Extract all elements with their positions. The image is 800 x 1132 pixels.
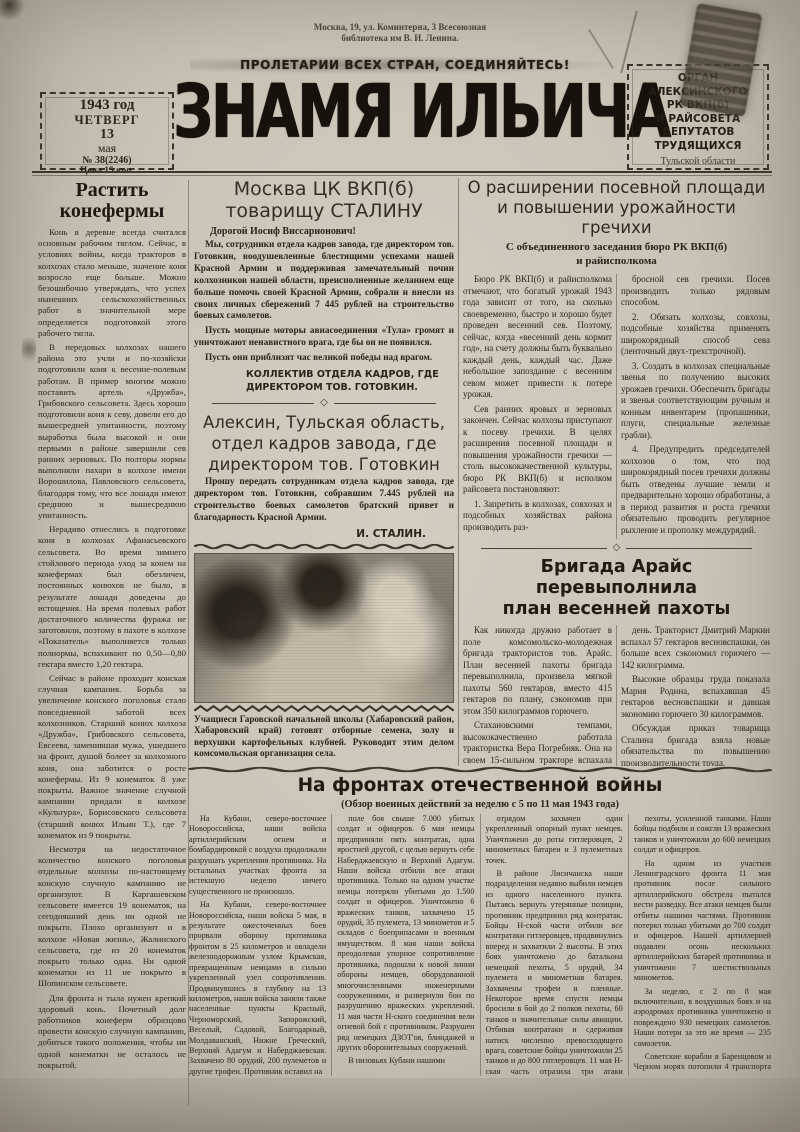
diamond-ornament: ◇ xyxy=(607,543,627,553)
arais-title: Бригада Арайс перевыполнила план весенне… xyxy=(463,557,770,620)
paragraph: бросной сев гречихи. Посев производить т… xyxy=(621,274,770,309)
issue-month: мая xyxy=(42,142,172,155)
schoolchildren-photo xyxy=(194,553,454,703)
paragraph: Пусть они приблизят час великой победы н… xyxy=(194,353,454,365)
paragraph: В низовьях Кубани нашими xyxy=(337,1056,474,1066)
paragraph: пехоты, усиленной танками. Наши бойцы по… xyxy=(634,814,771,856)
organ-line: ДЕПУТАТОВ xyxy=(629,126,767,140)
column-divider xyxy=(628,814,629,1076)
headline-line: и повышении урожайности гречихи xyxy=(463,198,770,238)
ornament-line xyxy=(626,548,752,549)
paragraph: 4. Предупредить председателей колхозов о… xyxy=(621,444,770,536)
reply-body: Прошу передать сотрудникам отдела кадров… xyxy=(194,477,454,525)
paragraph: 1. Запретить в колхозах, совхозах и подс… xyxy=(463,499,612,534)
zigzag-divider xyxy=(194,705,454,712)
column-divider xyxy=(480,814,481,1076)
reply-heading: Алексин, Тульская область, отдел кадров … xyxy=(194,412,454,475)
letter-signature: КОЛЛЕКТИВ ОТДЕЛА КАДРОВ, ГДЕ ДИРЕКТОРОМ … xyxy=(246,369,454,394)
letter-body: Дорогой Иосиф Виссарионович! Мы, сотрудн… xyxy=(194,225,454,365)
text-column: Бюро РК ВКП(б) и райисполкома отмечают, … xyxy=(463,274,612,539)
diamond-ornament: ◇ xyxy=(314,398,334,408)
text-column: Как никогда дружно работает в поле комсо… xyxy=(463,625,612,766)
arais-columns: Как никогда дружно работает в поле комсо… xyxy=(463,625,770,766)
paragraph: Сев ранних яровых и зерновых закончен. С… xyxy=(463,404,612,496)
column-divider xyxy=(458,178,459,766)
paragraph: 2. Обязать колхозы, совхозы, подсобные х… xyxy=(621,312,770,358)
signature-line: ДИРЕКТОРОМ ТОВ. ГОТОВКИН. xyxy=(246,382,454,395)
address-line: библиотека им В. И. Ленина. xyxy=(205,33,595,44)
text-column: На Кубани, северо-восточнее Новороссийск… xyxy=(188,814,327,1076)
article-konefermy: Растить конефермы Конь в деревне всегда … xyxy=(38,180,186,1108)
subtitle-line: и райисполкома xyxy=(463,255,770,269)
paragraph: На одном из участков Ленинградского фрон… xyxy=(634,859,771,984)
letter-title: Москва ЦК ВКП(б) товарищу СТАЛИНУ xyxy=(194,178,454,222)
ornament-line xyxy=(481,548,607,549)
section-ornament: ◇ xyxy=(212,398,436,408)
paragraph: Обсуждая приказ товарища Сталина бригада… xyxy=(621,723,770,766)
paragraph: Конь в деревне всегда считался основным … xyxy=(38,227,186,339)
front-subtitle: (Обзор военных действий за неделю с 5 по… xyxy=(188,798,772,811)
paragraph: Советские корабли в Баренцовом и Черном … xyxy=(634,1052,771,1076)
section-ornament: ◇ xyxy=(481,543,752,553)
organ-region: Тульской области xyxy=(629,155,767,169)
reply-heading-line: директором тов. Готовкин xyxy=(194,454,454,475)
text-column: пехоты, усиленной танками. Наши бойцы по… xyxy=(633,814,772,1076)
library-address: Москва, 19, ул. Коминтерна, 3 Всесоюзная… xyxy=(205,22,595,44)
letter-title-line: Москва ЦК ВКП(б) xyxy=(194,178,454,200)
organ-line: И РАЙСОВЕТА xyxy=(629,113,767,127)
photo-caption: Учащиеся Гаровской начальной школы (Хаба… xyxy=(194,714,454,760)
paragraph: Несмотря на недостаточное количество кон… xyxy=(38,844,186,990)
headline-line: О расширении посевной площади xyxy=(463,178,770,198)
paragraph: отрядом захвачен один укрепленный опорны… xyxy=(486,814,623,866)
paragraph: поле боя свыше 7.000 убитых солдат и офи… xyxy=(337,814,474,1053)
issue-year: 1943 год xyxy=(42,97,172,113)
signature-line: КОЛЛЕКТИВ ОТДЕЛА КАДРОВ, ГДЕ xyxy=(246,369,454,382)
paragraph: В передовых колхозах нашего района это у… xyxy=(38,342,186,521)
front-news-section: На фронтах отечественной войны (Обзор во… xyxy=(188,766,772,1082)
paragraph: На Кубани, северо-восточнее Новороссийск… xyxy=(189,814,326,897)
article-title: Растить конефермы xyxy=(38,180,186,222)
issue-info-box: 1943 год ЧЕТВЕРГ 13 мая № 38(2246) Цена … xyxy=(40,92,174,170)
issue-weekday: ЧЕТВЕРГ xyxy=(42,113,172,127)
organ-line: ТРУДЯЩИХСЯ xyxy=(629,140,767,154)
wavy-divider xyxy=(194,543,454,550)
issue-day: 13 xyxy=(42,127,172,142)
paragraph: Нерадиво отнеслись к подготовке коня в к… xyxy=(38,524,186,670)
headline-line: план весенней пахоты xyxy=(463,599,770,620)
grechikha-title: О расширении посевной площади и повышени… xyxy=(463,178,770,238)
reply-signature: И. СТАЛИН. xyxy=(194,528,454,540)
paragraph: Пусть мощные моторы авиасоединения «Тула… xyxy=(194,326,454,350)
text-column: бросной сев гречихи. Посев производить т… xyxy=(621,274,770,539)
issue-number: № 38(2246) xyxy=(42,155,172,166)
paragraph: Для фронта и тыла нужен крепкий здоровый… xyxy=(38,993,186,1071)
paragraph: В районе Лисичанска наши подразделения н… xyxy=(486,869,623,1076)
column-divider xyxy=(331,814,332,1076)
text-column: день. Тракторист Дмитрий Маркин вспахал … xyxy=(621,625,770,766)
scan-smudge xyxy=(22,332,36,366)
grechikha-subtitle: С объединенного заседания бюро РК ВКП(б)… xyxy=(463,241,770,268)
paragraph: Стахановскими темпами, высококачественно… xyxy=(463,720,612,766)
front-title: На фронтах отечественной войны xyxy=(188,775,772,797)
right-column: О расширении посевной площади и повышени… xyxy=(463,178,770,766)
address-line: Москва, 19, ул. Коминтерна, 3 Всесоюзная xyxy=(205,22,595,33)
ornament-line xyxy=(334,403,436,404)
wavy-divider xyxy=(188,766,772,773)
paragraph: Высокие образцы труда показала Мария Род… xyxy=(621,674,770,720)
letter-title-line: товарищу СТАЛИНУ xyxy=(194,200,454,222)
reply-heading-line: Алексин, Тульская область, xyxy=(194,412,454,433)
text-column: поле боя свыше 7.000 убитых солдат и офи… xyxy=(336,814,475,1076)
paragraph: За неделю, с 2 по 8 мая включительно, в … xyxy=(634,987,771,1049)
subtitle-line: С объединенного заседания бюро РК ВКП(б) xyxy=(463,241,770,255)
ornament-line xyxy=(212,403,314,404)
paragraph: Как никогда дружно работает в поле комсо… xyxy=(463,625,612,717)
reply-heading-line: отдел кадров завода, где xyxy=(194,433,454,454)
text-column: отрядом захвачен один укрепленный опорны… xyxy=(485,814,624,1076)
paragraph: Мы, сотрудники отдела кадров завода, где… xyxy=(194,240,454,323)
salutation: Дорогой Иосиф Виссарионович! xyxy=(194,225,454,238)
headline-line: Бригада Арайс перевыполнила xyxy=(463,557,770,599)
paragraph: На Кубани, северо-восточнее Новороссийск… xyxy=(189,900,326,1076)
paragraph: Прошу передать сотрудникам отдела кадров… xyxy=(194,477,454,525)
paragraph: Сейчас в районе проходит конская случная… xyxy=(38,673,186,841)
paragraph: 3. Создать в колхозах специальные звенья… xyxy=(621,361,770,442)
column-divider xyxy=(616,625,617,766)
header-rule xyxy=(32,171,772,176)
paragraph: Бюро РК ВКП(б) и райисполкома отмечают, … xyxy=(463,274,612,401)
front-columns: На Кубани, северо-восточнее Новороссийск… xyxy=(188,814,772,1076)
column-divider xyxy=(616,274,617,539)
paragraph: день. Тракторист Дмитрий Маркин вспахал … xyxy=(621,625,770,671)
scan-shading xyxy=(0,1078,800,1132)
newspaper-title: ЗНАМЯ ИЛЬИЧА xyxy=(173,70,631,156)
grechikha-columns: Бюро РК ВКП(б) и райисполкома отмечают, … xyxy=(463,274,770,539)
middle-column: Москва ЦК ВКП(б) товарищу СТАЛИНУ Дорого… xyxy=(194,178,454,766)
